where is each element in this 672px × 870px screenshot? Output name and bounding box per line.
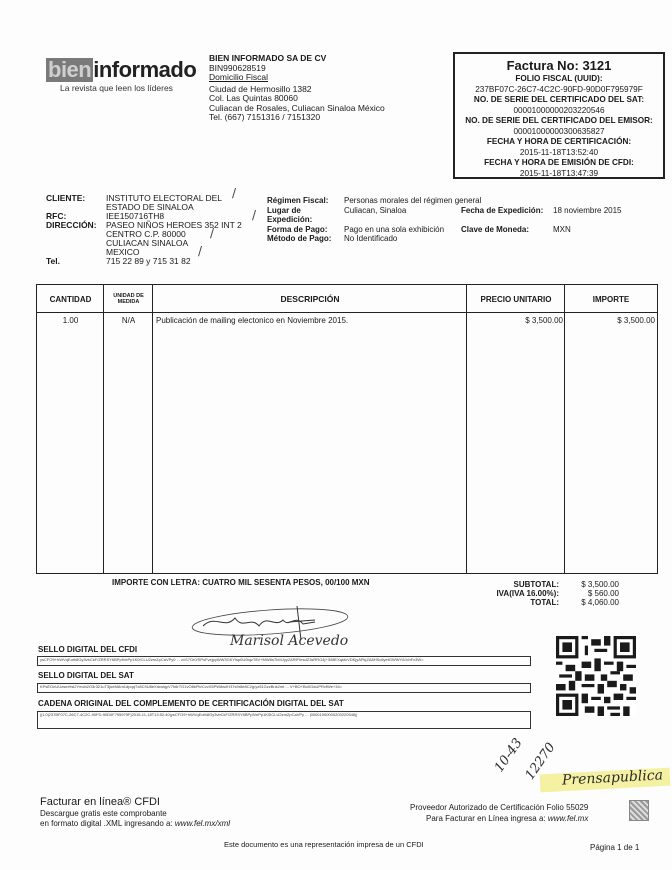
provider-block: Proveedor Autorizado de Certificación Fo… (410, 802, 588, 824)
handwritten-note: 10-43 (492, 736, 526, 775)
fecha-expedicion-label: Fecha de Expedición: (461, 206, 553, 225)
sello-sat-value: KPsEOnUUzsmHsl2Ymcb2O3r321uT3jueMAm1dpqq… (37, 683, 531, 693)
column-divider (467, 285, 565, 573)
importe-con-letra: IMPORTE CON LETRA: CUATRO MIL SESENTA PE… (112, 578, 370, 587)
fel-line1: Descargue gratis este comprobante (40, 809, 230, 819)
checkmark-icon: / (252, 208, 256, 222)
forma-pago-label: Forma de Pago: (267, 225, 344, 235)
issuer-block: BIEN INFORMADO SA DE CV BIN990628519 Dom… (209, 54, 385, 123)
regimen-label: Régimen Fiscal: (267, 196, 344, 206)
domicilio-label: Domicilio Fiscal (209, 73, 385, 83)
sat-cert-value: 00001000000203220546 (455, 106, 663, 117)
logo-informado: informado (93, 57, 196, 82)
row-unidad: N/A (104, 316, 153, 325)
row-cantidad: 1.00 (37, 316, 104, 325)
moneda-value: MXN (553, 225, 571, 235)
lugar-value: Culiacan, Sinaloa (344, 206, 461, 225)
checkmark-icon: / (210, 226, 214, 240)
fel-line2-prefix: en formato digital .XML ingresando a: (40, 819, 175, 828)
client-block: CLIENTE: INSTITUTO ELECTORAL DEL ESTADO … (46, 194, 276, 266)
header-precio: PRECIO UNITARIO (467, 285, 565, 313)
header-descripcion: DESCRIPCIÓN (153, 285, 467, 313)
sello-cfdi-label-wrap: SELLO DIGITAL DEL CFDI (38, 645, 137, 654)
fecha-expedicion-value: 18 noviembre 2015 (553, 206, 622, 225)
emisor-cert-value: 00001000000300635827 (455, 127, 663, 138)
qr-code-icon (556, 636, 636, 716)
row-precio: $ 3,500.00 (467, 316, 563, 325)
sello-sat-label: SELLO DIGITAL DEL SAT (38, 671, 134, 680)
checkmark-icon: / (198, 244, 202, 258)
fel-title: Facturar en línea® CFDI (40, 795, 230, 809)
signature-name: Marisol Acevedo (230, 633, 348, 649)
direccion-label: DIRECCIÓN: (46, 221, 106, 257)
subtotal-value: $ 3,500.00 (565, 580, 619, 589)
issuer-phone: Tel. (667) 7151316 / 7151320 (209, 113, 385, 123)
invoice-info-box: Factura No: 3121 FOLIO FISCAL (UUID): 23… (453, 52, 665, 179)
column-divider (37, 285, 104, 573)
invoice-number: Factura No: 3121 (455, 58, 663, 74)
sello-sat-label-wrap: SELLO DIGITAL DEL SAT (38, 671, 134, 680)
provider-line2: Para Facturar en Línea ingresa a: www.fe… (410, 813, 588, 824)
cert-date-label: FECHA Y HORA DE CERTIFICACIÓN: (455, 137, 663, 148)
sat-cert-label: NO. DE SERIE DEL CERTIFICADO DEL SAT: (455, 95, 663, 106)
disclaimer: Este documento es una representación imp… (224, 840, 424, 849)
metodo-pago-label: Método de Pago: (267, 234, 344, 244)
logo-tagline: La revista que leen los líderes (46, 83, 192, 93)
metodo-pago-value: No Identificado (344, 234, 461, 244)
tel-label: Tel. (46, 257, 106, 266)
company-logo: bieninformado La revista que leen los lí… (46, 58, 192, 93)
iva-label: IVA(IVA 16.00%): (495, 589, 565, 598)
lugar-label: Lugar de Expedición: (267, 206, 344, 225)
header-unidad: UNIDAD DE MEDIDA (104, 285, 153, 313)
fel-block: Facturar en línea® CFDI Descargue gratis… (40, 795, 230, 829)
sat-pac-seal-icon (629, 800, 649, 821)
sello-cfdi-value: ysCFO9+hWVqEoth8Gy3vbCkF/ZRRSY6BPpfVePp1… (37, 656, 531, 666)
cadena-original-value: ||1.0|237BF07C-26C7-4C2C-90FD-90D0F79597… (37, 711, 531, 729)
iva-value: $ 560.00 (565, 589, 619, 598)
row-importe: $ 3,500.00 (565, 316, 655, 325)
row-descripcion: Publicación de mailing electonico en Nov… (156, 316, 466, 325)
checkmark-icon: / (232, 186, 236, 200)
emision-date-label: FECHA Y HORA DE EMISIÓN DE CFDI: (455, 158, 663, 169)
folio-value: 237BF07C-26C7-4C2C-90FD-90D0F795979F (455, 85, 663, 96)
emisor-cert-label: NO. DE SERIE DEL CERTIFICADO DEL EMISOR: (455, 116, 663, 127)
provider-line1: Proveedor Autorizado de Certificación Fo… (410, 802, 588, 813)
subtotal-label: SUBTOTAL: (505, 580, 565, 589)
letra-value: CUATRO MIL SESENTA PESOS, 00/100 MXN (202, 578, 369, 587)
fel-xml-link[interactable]: www.fel.mx/xml (175, 819, 230, 828)
header-cantidad: CANTIDAD (37, 285, 104, 313)
cadena-original-label: CADENA ORIGINAL DEL COMPLEMENTO DE CERTI… (38, 699, 344, 708)
totals-block: SUBTOTAL: $ 3,500.00 IVA(IVA 16.00%): $ … (505, 580, 619, 607)
page-number: Página 1 de 1 (590, 843, 639, 852)
total-value: $ 4,060.00 (565, 598, 619, 607)
moneda-label: Clave de Moneda: (461, 225, 553, 235)
fiscal-block: Régimen Fiscal: Personas morales del rég… (267, 196, 622, 244)
column-divider (104, 285, 153, 573)
logo-bien: bien (46, 58, 93, 82)
emision-date-value: 2015-11-18T13:47:39 (455, 169, 663, 180)
letra-label: IMPORTE CON LETRA: (112, 578, 200, 587)
regimen-value: Personas morales del régimen general (344, 196, 481, 206)
fel-link[interactable]: www.fel.mx (548, 814, 588, 823)
folio-label: FOLIO FISCAL (UUID): (455, 74, 663, 85)
provider-line2-prefix: Para Facturar en Línea ingresa a: (426, 814, 548, 823)
tel-value: 715 22 89 y 715 31 82 (106, 257, 276, 266)
cliente-label: CLIENTE: (46, 194, 106, 212)
total-label: TOTAL: (505, 598, 565, 607)
cert-date-value: 2015-11-18T13:52:40 (455, 148, 663, 159)
header-importe: IMPORTE (565, 285, 657, 313)
line-items-table: CANTIDAD UNIDAD DE MEDIDA DESCRIPCIÓN PR… (36, 284, 658, 574)
fel-line2: en formato digital .XML ingresando a: ww… (40, 819, 230, 829)
sello-cfdi-label: SELLO DIGITAL DEL CFDI (38, 645, 137, 654)
forma-pago-value: Pago en una sola exhibición (344, 225, 461, 235)
cadena-label-wrap: CADENA ORIGINAL DEL COMPLEMENTO DE CERTI… (38, 699, 344, 708)
column-divider (153, 285, 467, 573)
